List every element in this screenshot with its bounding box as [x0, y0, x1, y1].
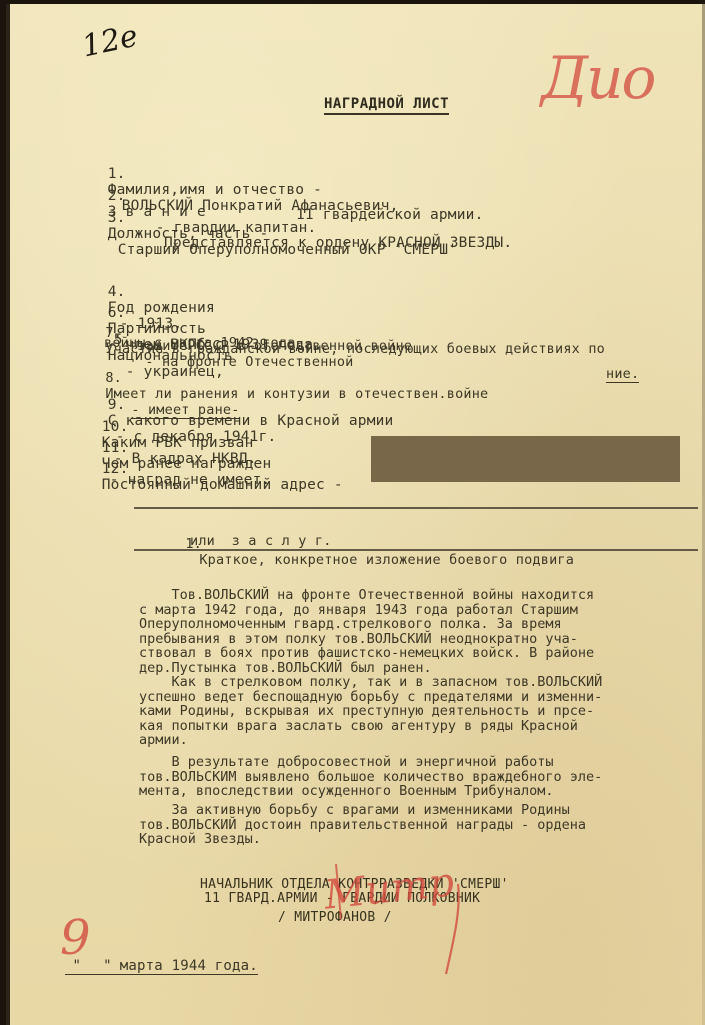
award-sheet-page: 12e Дио НАГРАДНОЙ ЛИСТ 1. Фамилия,имя и …	[6, 4, 705, 1025]
date-rest: марта 1944 года.	[120, 958, 258, 975]
date-day-handwritten: 9	[60, 910, 91, 966]
signature-stroke	[6, 4, 705, 1025]
date-close-quote: "	[103, 958, 120, 975]
